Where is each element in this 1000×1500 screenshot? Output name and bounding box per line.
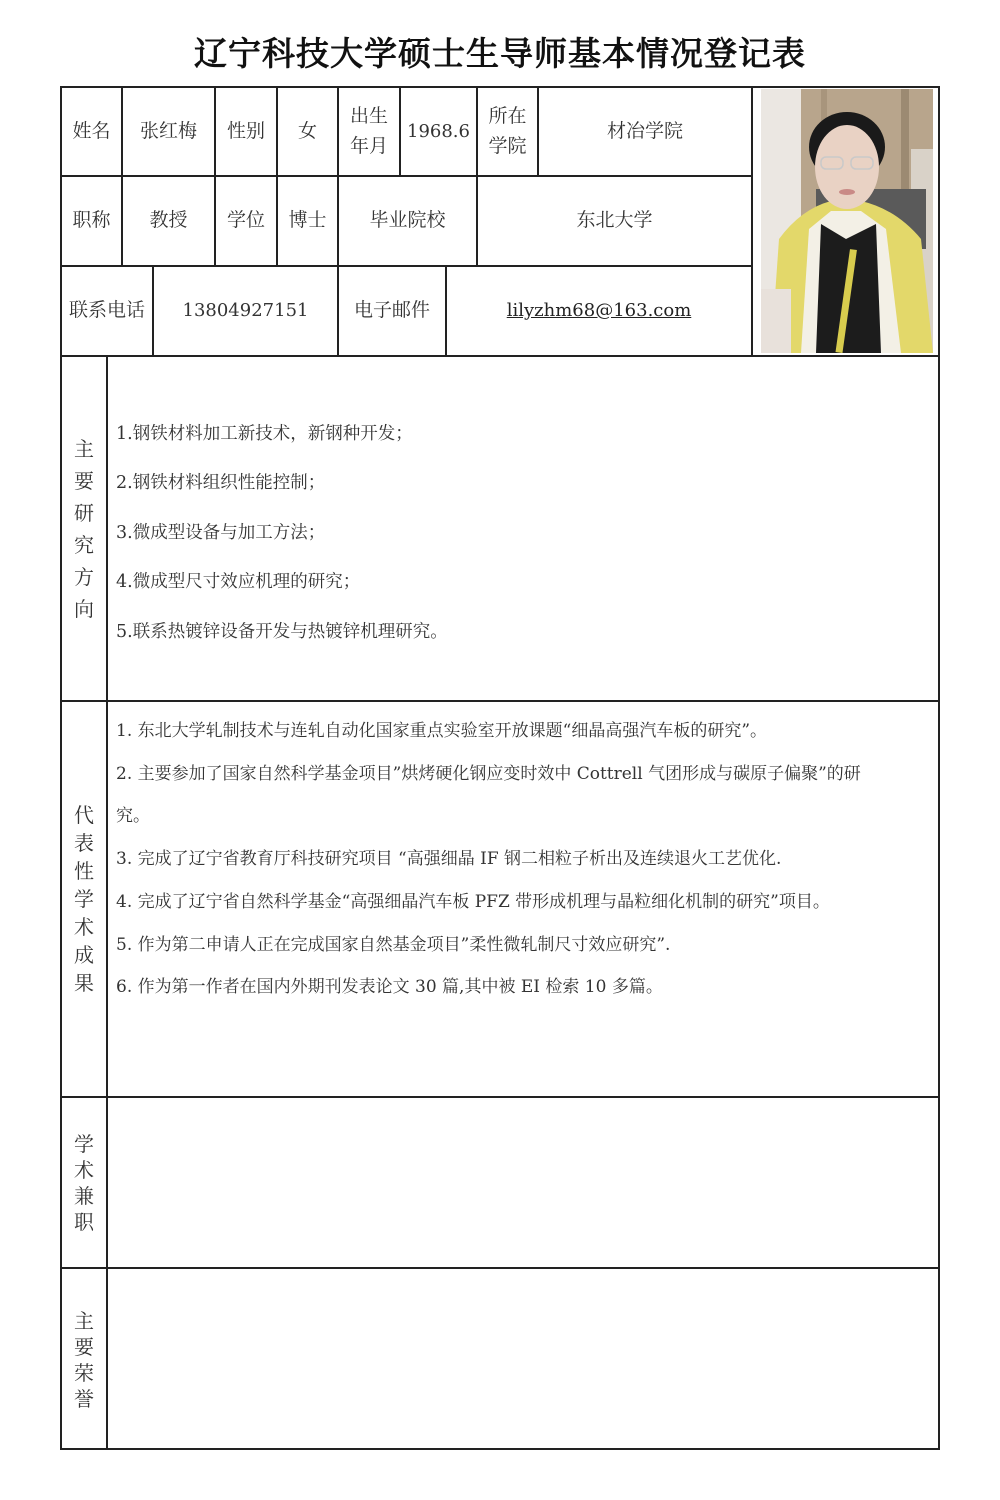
email-label: 电子邮件 [339, 267, 445, 355]
research-item: 3.微成型设备与加工方法； [116, 519, 325, 544]
label-char: 研 [74, 497, 94, 529]
phone-value: 13804927151 [154, 267, 337, 355]
achievement-line: 6. 作为第一作者在国内外期刊发表论文 30 篇,其中被 EI 检索 10 多篇… [116, 972, 663, 997]
label-char: 主 [74, 433, 94, 465]
honors-content [116, 1269, 936, 1450]
label-char: 术 [74, 1157, 94, 1183]
birth-label-line1: 出生 [350, 102, 388, 131]
college-label: 所在 学院 [478, 88, 537, 175]
label-char: 主 [74, 1308, 94, 1334]
label-char: 要 [74, 1334, 94, 1360]
advisor-photo [761, 89, 933, 353]
label-char: 职 [74, 1209, 94, 1235]
college-label-line2: 学院 [488, 132, 526, 161]
label-char: 表 [74, 829, 94, 857]
research-item: 2.钢铁材料组织性能控制； [116, 469, 325, 494]
label-char: 向 [74, 593, 94, 625]
school-label: 毕业院校 [339, 177, 476, 265]
photo-column-divider [751, 86, 753, 356]
birth-value: 1968.6 [401, 88, 476, 175]
name-value: 张红梅 [123, 88, 214, 175]
email-value-cell: lilyzhm68@163.com [447, 267, 751, 355]
label-char: 果 [74, 969, 94, 997]
gender-value: 女 [278, 88, 337, 175]
degree-value: 博士 [278, 177, 337, 265]
label-char: 要 [74, 465, 94, 497]
achievement-line: 2. 主要参加了国家自然科学基金项目”烘烤硬化钢应变时效中 Cottrell 气… [116, 759, 861, 784]
academic-positions-label: 学 术 兼 职 [62, 1098, 106, 1267]
achievements-label: 代 表 性 学 术 成 果 [62, 702, 106, 1096]
title-label: 职称 [62, 177, 121, 265]
achievement-line: 5. 作为第二申请人正在完成国家自然基金项目”柔性微轧制尺寸效应研究”. [116, 930, 670, 955]
college-value: 材冶学院 [539, 88, 751, 175]
phone-label: 联系电话 [62, 267, 152, 355]
research-directions-label: 主 要 研 究 方 向 [62, 357, 106, 700]
label-char: 性 [74, 857, 94, 885]
label-char: 成 [74, 941, 94, 969]
birth-label: 出生 年月 [339, 88, 399, 175]
portrait-image [761, 89, 933, 353]
school-value: 东北大学 [478, 177, 751, 265]
research-item: 5.联系热镀锌设备开发与热镀锌机理研究。 [116, 618, 448, 643]
label-char: 学 [74, 885, 94, 913]
birth-label-line2: 年月 [350, 132, 388, 161]
label-char: 术 [74, 913, 94, 941]
achievement-line: 究。 [116, 801, 150, 826]
achievement-line: 4. 完成了辽宁省自然科学基金“高强细晶汽车板 PFZ 带形成机理与晶粒细化机制… [116, 887, 830, 912]
research-directions-list: 1.钢铁材料加工新技术，新钢种开发； 2.钢铁材料组织性能控制； 3.微成型设备… [116, 357, 936, 700]
name-label: 姓名 [62, 88, 121, 175]
achievement-line: 1. 东北大学轧制技术与连轧自动化国家重点实验室开放课题“细晶高强汽车板的研究”… [116, 716, 767, 741]
academic-positions-content [116, 1098, 936, 1267]
label-char: 兼 [74, 1183, 94, 1209]
research-item: 4.微成型尺寸效应机理的研究； [116, 568, 360, 593]
research-item: 1.钢铁材料加工新技术，新钢种开发； [116, 420, 413, 445]
label-char: 学 [74, 1131, 94, 1157]
gender-label: 性别 [216, 88, 276, 175]
degree-label: 学位 [216, 177, 276, 265]
label-char: 究 [74, 529, 94, 561]
label-char: 代 [74, 801, 94, 829]
honors-label: 主 要 荣 誉 [62, 1269, 106, 1450]
title-value: 教授 [123, 177, 214, 265]
achievement-line: 3. 完成了辽宁省教育厅科技研究项目 “高强细晶 IF 钢二相粒子析出及连续退火… [116, 844, 781, 869]
label-char: 方 [74, 561, 94, 593]
label-column-divider [106, 355, 108, 1450]
label-char: 誉 [74, 1386, 94, 1412]
page-title: 辽宁科技大学硕士生导师基本情况登记表 [0, 28, 1000, 75]
email-link[interactable]: lilyzhm68@163.com [507, 297, 692, 325]
college-label-line1: 所在 [488, 102, 526, 131]
achievements-list: 1. 东北大学轧制技术与连轧自动化国家重点实验室开放课题“细晶高强汽车板的研究”… [116, 702, 936, 1096]
label-char: 荣 [74, 1360, 94, 1386]
